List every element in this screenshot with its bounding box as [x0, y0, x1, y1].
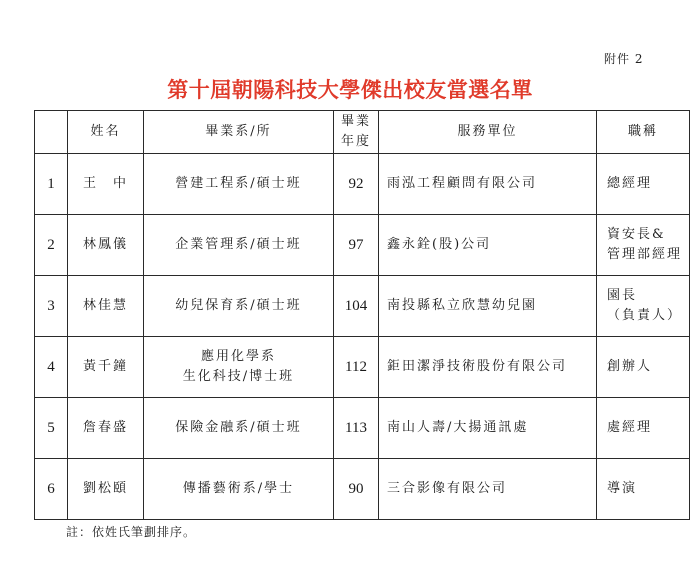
row-position-line1: 資安長&	[607, 225, 689, 245]
header-index	[35, 111, 68, 154]
row-employer: 三合影像有限公司	[379, 459, 597, 520]
header-name: 姓名	[68, 111, 144, 154]
row-index: 5	[35, 398, 68, 459]
row-employer: 南投縣私立欣慧幼兒園	[379, 276, 597, 337]
row-grad-year: 113	[334, 398, 379, 459]
row-index: 6	[35, 459, 68, 520]
row-department: 幼兒保育系/碩士班	[144, 276, 334, 337]
row-position: 園長 （負責人）	[597, 276, 690, 337]
row-department-line1: 傳播藝術系/學士	[144, 479, 333, 499]
header-grad-year-line1: 畢業	[334, 112, 378, 132]
row-index: 4	[35, 337, 68, 398]
footnote: 註：依姓氏筆劃排序。	[66, 523, 196, 540]
row-grad-year: 112	[334, 337, 379, 398]
row-name: 林佳慧	[68, 276, 144, 337]
row-grad-year: 97	[334, 215, 379, 276]
row-grad-year: 104	[334, 276, 379, 337]
row-department-line2: 生化科技/博士班	[144, 367, 333, 387]
row-position-line1: 創辦人	[607, 357, 689, 377]
row-department: 企業管理系/碩士班	[144, 215, 334, 276]
row-name: 林鳳儀	[68, 215, 144, 276]
row-employer: 南山人壽/大揚通訊處	[379, 398, 597, 459]
row-employer: 鉅田潔淨技術股份有限公司	[379, 337, 597, 398]
row-department-line1: 應用化學系	[144, 347, 333, 367]
alumni-roster-table: 姓名 畢業系/所 畢業 年度 服務單位 職稱 1 王 中 營建工程系/碩士班 9…	[34, 110, 690, 520]
row-position: 資安長& 管理部經理	[597, 215, 690, 276]
document-title: 第十屆朝陽科技大學傑出校友當選名單	[0, 74, 700, 104]
table-row: 1 王 中 營建工程系/碩士班 92 雨泓工程顧問有限公司 總經理	[35, 154, 690, 215]
table-row: 3 林佳慧 幼兒保育系/碩士班 104 南投縣私立欣慧幼兒園 園長 （負責人）	[35, 276, 690, 337]
row-grad-year: 90	[334, 459, 379, 520]
row-position: 總經理	[597, 154, 690, 215]
row-department-line1: 幼兒保育系/碩士班	[144, 296, 333, 316]
row-position-line1: 總經理	[607, 174, 689, 194]
row-index: 1	[35, 154, 68, 215]
row-position-line1: 處經理	[607, 418, 689, 438]
row-position: 創辦人	[597, 337, 690, 398]
row-employer: 雨泓工程顧問有限公司	[379, 154, 597, 215]
header-department: 畢業系/所	[144, 111, 334, 154]
table-row: 4 黃千鐘 應用化學系 生化科技/博士班 112 鉅田潔淨技術股份有限公司 創辦…	[35, 337, 690, 398]
row-name: 詹春盛	[68, 398, 144, 459]
row-department-line1: 保險金融系/碩士班	[144, 418, 333, 438]
row-index: 2	[35, 215, 68, 276]
row-name: 黃千鐘	[68, 337, 144, 398]
row-department: 保險金融系/碩士班	[144, 398, 334, 459]
row-index: 3	[35, 276, 68, 337]
header-grad-year: 畢業 年度	[334, 111, 379, 154]
row-position-line1: 導演	[607, 479, 689, 499]
row-department-line1: 企業管理系/碩士班	[144, 235, 333, 255]
header-grad-year-line2: 年度	[334, 132, 378, 152]
row-name: 王 中	[68, 154, 144, 215]
row-department: 應用化學系 生化科技/博士班	[144, 337, 334, 398]
row-grad-year: 92	[334, 154, 379, 215]
row-department: 傳播藝術系/學士	[144, 459, 334, 520]
row-department: 營建工程系/碩士班	[144, 154, 334, 215]
row-position: 導演	[597, 459, 690, 520]
table-row: 5 詹春盛 保險金融系/碩士班 113 南山人壽/大揚通訊處 處經理	[35, 398, 690, 459]
header-employer: 服務單位	[379, 111, 597, 154]
table-row: 6 劉松頤 傳播藝術系/學士 90 三合影像有限公司 導演	[35, 459, 690, 520]
row-position-line2: （負責人）	[607, 306, 689, 326]
row-position-line2: 管理部經理	[607, 245, 689, 265]
table-row: 2 林鳳儀 企業管理系/碩士班 97 鑫永銓(股)公司 資安長& 管理部經理	[35, 215, 690, 276]
row-name: 劉松頤	[68, 459, 144, 520]
attachment-label: 附件 2	[604, 50, 643, 67]
table-header-row: 姓名 畢業系/所 畢業 年度 服務單位 職稱	[35, 111, 690, 154]
row-employer: 鑫永銓(股)公司	[379, 215, 597, 276]
row-position-line1: 園長	[607, 286, 689, 306]
row-department-line1: 營建工程系/碩士班	[144, 174, 333, 194]
row-position: 處經理	[597, 398, 690, 459]
header-position: 職稱	[597, 111, 690, 154]
